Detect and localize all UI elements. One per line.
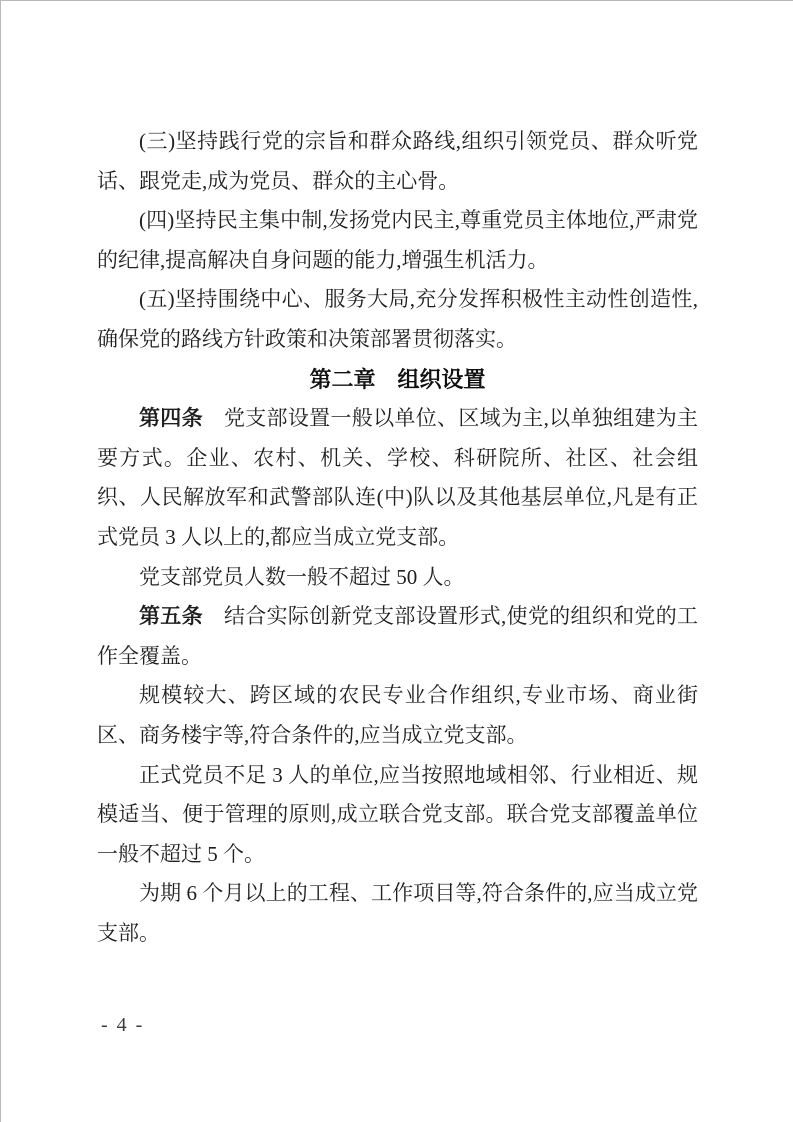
document-page: (三)坚持践行党的宗旨和群众路线,组织引领党员、群众听党话、跟党走,成为党员、群…	[0, 0, 793, 1122]
article-number: 第五条	[139, 604, 203, 628]
paragraph: 党支部党员人数一般不超过 50 人。	[97, 558, 698, 598]
paragraph-text: 为期 6 个月以上的工程、工作项目等,符合条件的,应当成立党支部。	[97, 881, 698, 945]
paragraph: 正式党员不足 3 人的单位,应当按照地域相邻、行业相近、规模适当、便于管理的原则…	[97, 756, 698, 875]
paragraph-text: (五)坚持围绕中心、服务大局,充分发挥积极性主动性创造性,确保党的路线方针政策和…	[97, 287, 698, 351]
paragraph: 第五条结合实际创新党支部设置形式,使党的组织和党的工作全覆盖。	[97, 597, 698, 676]
paragraph: 为期 6 个月以上的工程、工作项目等,符合条件的,应当成立党支部。	[97, 874, 698, 953]
paragraph: 规模较大、跨区域的农民专业合作组织,专业市场、商业街区、商务楼宇等,符合条件的,…	[97, 676, 698, 755]
paragraph-text: (四)坚持民主集中制,发扬党内民主,尊重党员主体地位,严肃党的纪律,提高解决自身…	[97, 208, 698, 272]
chapter-heading: 第二章 组织设置	[97, 360, 698, 400]
paragraph: (五)坚持围绕中心、服务大局,充分发挥积极性主动性创造性,确保党的路线方针政策和…	[97, 280, 698, 359]
paragraph: 第四条党支部设置一般以单位、区域为主,以单独组建为主要方式。企业、农村、机关、学…	[97, 399, 698, 557]
page-number: - 4 -	[101, 1011, 144, 1039]
paragraph: (三)坚持践行党的宗旨和群众路线,组织引领党员、群众听党话、跟党走,成为党员、群…	[97, 122, 698, 201]
paragraph: (四)坚持民主集中制,发扬党内民主,尊重党员主体地位,严肃党的纪律,提高解决自身…	[97, 201, 698, 280]
paragraph-text: (三)坚持践行党的宗旨和群众路线,组织引领党员、群众听党话、跟党走,成为党员、群…	[97, 129, 698, 193]
article-number: 第四条	[139, 406, 203, 430]
document-text-block: (三)坚持践行党的宗旨和群众路线,组织引领党员、群众听党话、跟党走,成为党员、群…	[1, 1, 793, 953]
paragraph-text: 规模较大、跨区域的农民专业合作组织,专业市场、商业街区、商务楼宇等,符合条件的,…	[97, 683, 698, 747]
paragraph-text: 正式党员不足 3 人的单位,应当按照地域相邻、行业相近、规模适当、便于管理的原则…	[97, 763, 698, 866]
paragraph-text: 党支部党员人数一般不超过 50 人。	[139, 565, 465, 589]
